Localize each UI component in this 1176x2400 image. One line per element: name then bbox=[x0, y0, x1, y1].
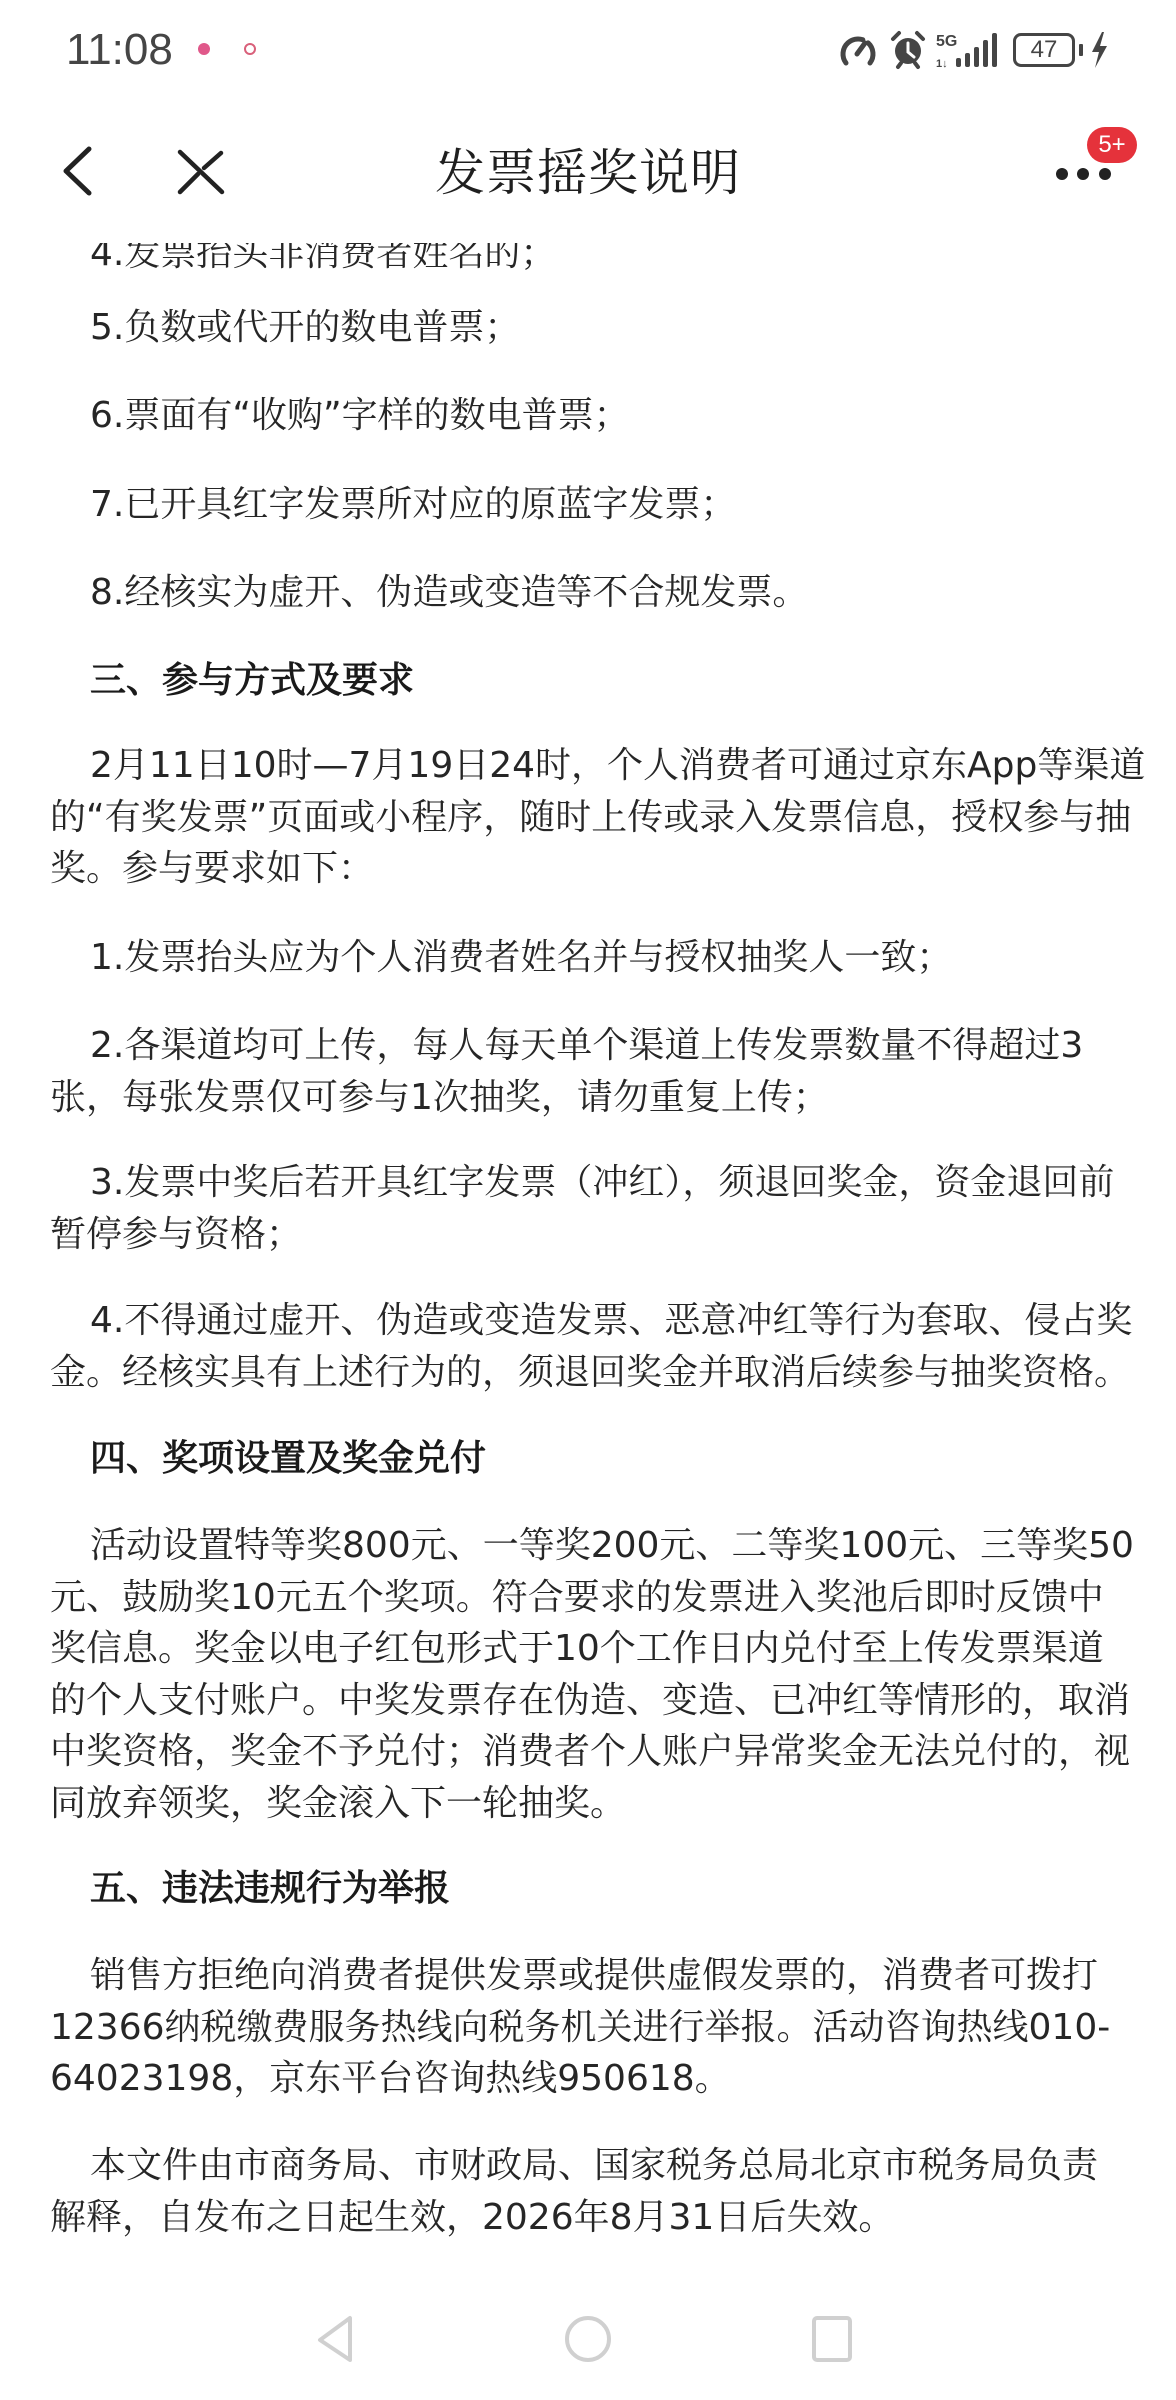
notification-badge[interactable]: 5+ bbox=[1087, 127, 1137, 163]
paragraph-prizes: 活动设置特等奖800元、一等奖200元、二等奖100元、三等奖50 元、鼓励奖1… bbox=[50, 1520, 1140, 1829]
paragraph-line: 奖。参与要求如下： bbox=[50, 843, 1140, 895]
alarm-icon bbox=[890, 30, 926, 70]
list-item-text: 7.已开具红字发票所对应的原蓝字发票； bbox=[50, 479, 1140, 531]
paragraph-line: 4.不得通过虚开、伪造或变造发票、恶意冲红等行为套取、侵占奖 bbox=[50, 1295, 1140, 1347]
notification-ring-icon bbox=[244, 43, 256, 55]
network-type-label: 5G bbox=[936, 33, 957, 50]
system-back-button[interactable] bbox=[314, 2314, 358, 2368]
more-dot bbox=[1099, 168, 1111, 180]
triangle-back-icon bbox=[314, 2314, 358, 2364]
list-item: 7.已开具红字发票所对应的原蓝字发票； bbox=[50, 479, 1140, 531]
heading-text: 五、违法违规行为举报 bbox=[50, 1863, 1140, 1915]
system-home-button[interactable] bbox=[563, 2314, 613, 2368]
paragraph-line: 12366纳税缴费服务热线向税务机关进行举报。活动咨询热线010- bbox=[50, 2002, 1140, 2054]
requirement-item: 1.发票抬头应为个人消费者姓名并与授权抽奖人一致； bbox=[50, 932, 1140, 984]
list-item: 8.经核实为虚开、伪造或变造等不合规发票。 bbox=[50, 567, 1140, 619]
list-item: 5.负数或代开的数电普票； bbox=[50, 302, 1140, 354]
paragraph-line: 张，每张发票仅可参与1次抽奖，请勿重复上传； bbox=[50, 1072, 1140, 1124]
square-recents-icon bbox=[810, 2314, 854, 2364]
paragraph-line: 的“有奖发票”页面或小程序，随时上传或录入发票信息，授权参与抽 bbox=[50, 792, 1140, 844]
heading-text: 四、奖项设置及奖金兑付 bbox=[50, 1433, 1140, 1485]
signal-5g-icon: 5G 1↓ bbox=[936, 30, 1002, 70]
circle-home-icon bbox=[563, 2314, 613, 2364]
speedometer-icon bbox=[838, 30, 878, 70]
paragraph-line: 2月11日10时—7月19日24时，个人消费者可通过京东App等渠道 bbox=[50, 740, 1140, 792]
heading-text: 三、参与方式及要求 bbox=[50, 655, 1140, 707]
app-notification-icon bbox=[198, 43, 210, 55]
section-heading-3: 三、参与方式及要求 bbox=[50, 655, 1140, 707]
section-heading-5: 五、违法违规行为举报 bbox=[50, 1863, 1140, 1915]
battery-tip bbox=[1079, 44, 1083, 56]
paragraph-line: 解释，自发布之日起生效，2026年8月31日后失效。 bbox=[50, 2192, 1140, 2244]
status-time: 11:08 bbox=[66, 24, 173, 76]
list-item-text: 5.负数或代开的数电普票； bbox=[50, 302, 1140, 354]
list-item: 6.票面有“收购”字样的数电普票； bbox=[50, 390, 1140, 442]
paragraph-report: 销售方拒绝向消费者提供发票或提供虚假发票的，消费者可拨打 12366纳税缴费服务… bbox=[50, 1950, 1140, 2105]
paragraph-line: 中奖资格，奖金不予兑付；消费者个人账户异常奖金无法兑付的，视 bbox=[50, 1726, 1140, 1778]
paragraph-line: 64023198，京东平台咨询热线950618。 bbox=[50, 2053, 1140, 2105]
requirement-item: 4.不得通过虚开、伪造或变造发票、恶意冲红等行为套取、侵占奖 金。经核实具有上述… bbox=[50, 1295, 1140, 1398]
paragraph-line: 奖信息。奖金以电子红包形式于10个工作日内兑付至上传发票渠道 bbox=[50, 1623, 1140, 1675]
paragraph-line: 销售方拒绝向消费者提供发票或提供虚假发票的，消费者可拨打 bbox=[50, 1950, 1140, 2002]
paragraph-line: 本文件由市商务局、市财政局、国家税务总局北京市税务局负责 bbox=[50, 2140, 1140, 2192]
paragraph-participation: 2月11日10时—7月19日24时，个人消费者可通过京东App等渠道 的“有奖发… bbox=[50, 740, 1140, 895]
system-recents-button[interactable] bbox=[810, 2314, 854, 2368]
paragraph-line: 活动设置特等奖800元、一等奖200元、二等奖100元、三等奖50 bbox=[50, 1520, 1140, 1572]
requirement-item: 3.发票中奖后若开具红字发票（冲红），须退回奖金，资金退回前 暂停参与资格； bbox=[50, 1157, 1140, 1260]
list-item-text: 8.经核实为虚开、伪造或变造等不合规发票。 bbox=[50, 567, 1140, 619]
status-bar: 11:08 5G 1↓ 47 bbox=[0, 0, 1176, 100]
paragraph-line: 3.发票中奖后若开具红字发票（冲红），须退回奖金，资金退回前 bbox=[50, 1157, 1140, 1209]
paragraph-closing: 本文件由市商务局、市财政局、国家税务总局北京市税务局负责 解释，自发布之日起生效… bbox=[50, 2140, 1140, 2243]
list-item-text: 6.票面有“收购”字样的数电普票； bbox=[50, 390, 1140, 442]
page-title: 发票摇奖说明 bbox=[0, 143, 1176, 203]
system-navigation-bar bbox=[0, 2280, 1176, 2400]
svg-text:1↓: 1↓ bbox=[936, 58, 948, 70]
nav-header: 发票摇奖说明 bbox=[0, 100, 1176, 243]
requirement-item: 2.各渠道均可上传，每人每天单个渠道上传发票数量不得超过3 张，每张发票仅可参与… bbox=[50, 1020, 1140, 1123]
paragraph-line: 暂停参与资格； bbox=[50, 1209, 1140, 1261]
section-heading-4: 四、奖项设置及奖金兑付 bbox=[50, 1433, 1140, 1485]
charging-icon bbox=[1088, 30, 1110, 70]
paragraph-line: 金。经核实具有上述行为的，须退回奖金并取消后续参与抽奖资格。 bbox=[50, 1347, 1140, 1399]
paragraph-line: 1.发票抬头应为个人消费者姓名并与授权抽奖人一致； bbox=[50, 932, 1140, 984]
battery-level: 47 bbox=[1031, 36, 1058, 63]
battery-icon: 47 bbox=[1013, 33, 1075, 67]
paragraph-line: 元、鼓励奖10元五个奖项。符合要求的发票进入奖池后即时反馈中 bbox=[50, 1572, 1140, 1624]
paragraph-line: 2.各渠道均可上传，每人每天单个渠道上传发票数量不得超过3 bbox=[50, 1020, 1140, 1072]
paragraph-line: 同放弃领奖，奖金滚入下一轮抽奖。 bbox=[50, 1778, 1140, 1830]
more-dot bbox=[1077, 168, 1089, 180]
more-dots-icon bbox=[1056, 168, 1068, 180]
paragraph-line: 的个人支付账户。中奖发票存在伪造、变造、已冲红等情形的，取消 bbox=[50, 1675, 1140, 1727]
